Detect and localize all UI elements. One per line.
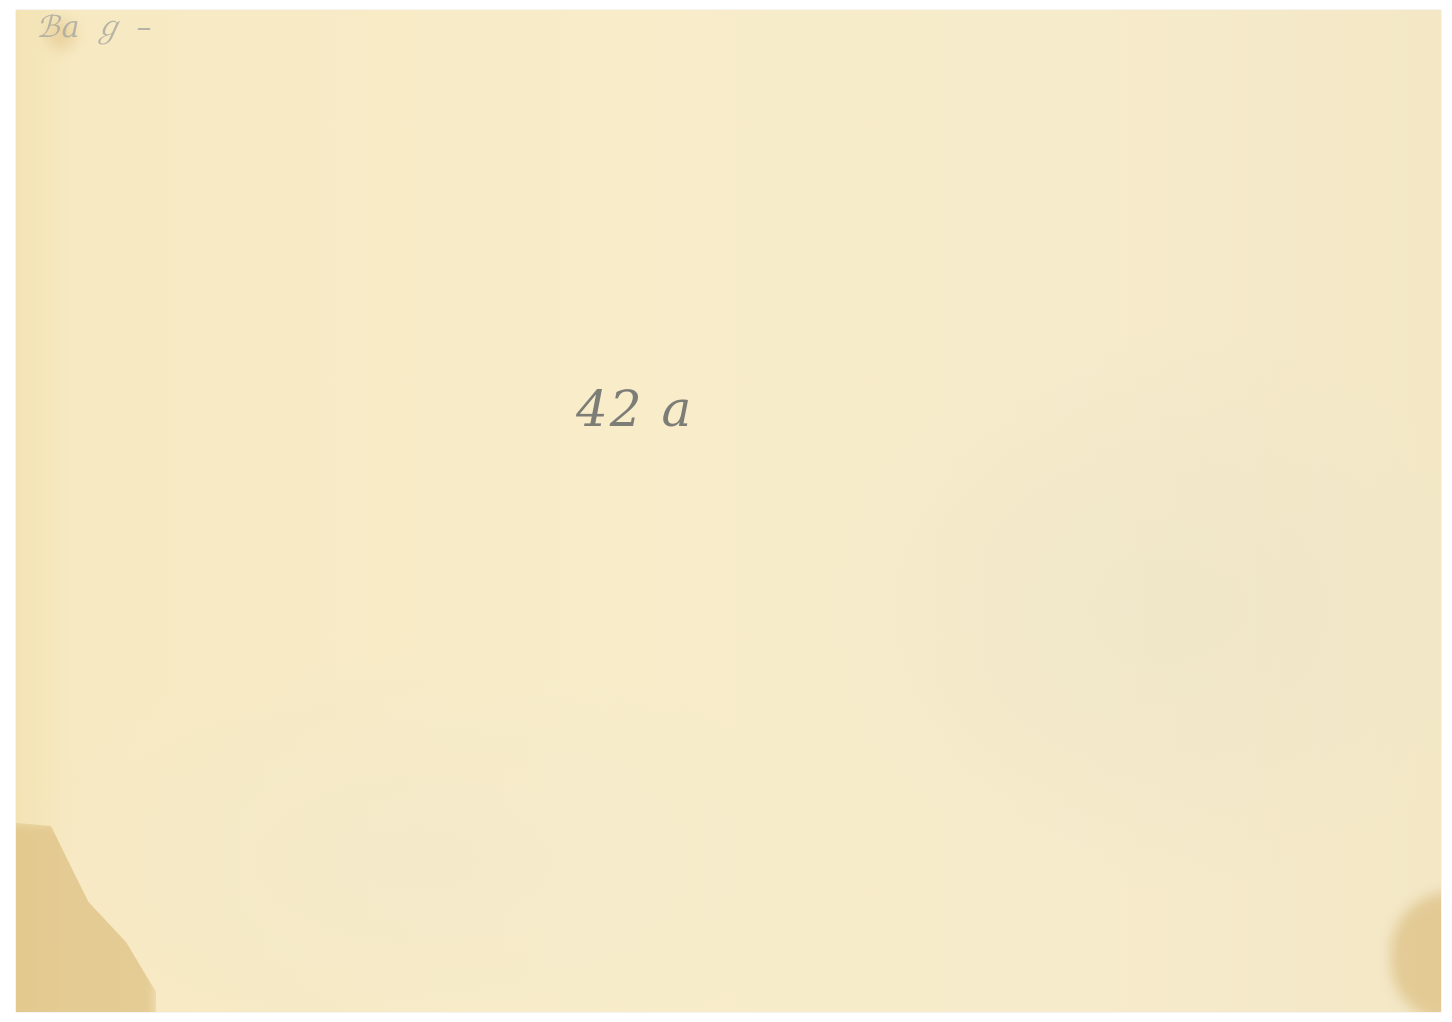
handwritten-page-number: 42 a: [576, 380, 693, 438]
paper-sheet: ℬa ℊ – 42 a: [16, 10, 1441, 1012]
handwritten-corner-note: ℬa ℊ –: [36, 10, 154, 46]
water-stain-bottom-left: [16, 822, 156, 1012]
water-stain-bottom-right: [1391, 892, 1441, 1012]
